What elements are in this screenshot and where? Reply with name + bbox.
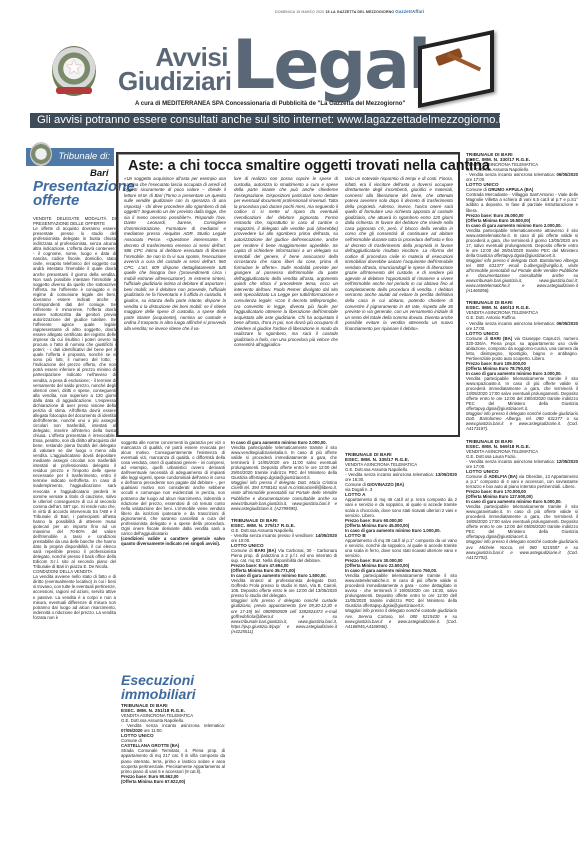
conditions-note: (condizioni valide a carattere generale … bbox=[121, 536, 225, 546]
masthead-subtitle: A cura di MEDITERRANEA SPA Concessionari… bbox=[135, 101, 405, 107]
presentation-offers-column: VENDITE DELEGATE MODALITÀ DI PRESENTAZIO… bbox=[33, 216, 116, 836]
listing-date: 12/05/2020 bbox=[556, 459, 578, 464]
listing-details: Vendita partecipabile telematicamente tr… bbox=[231, 445, 337, 480]
listing-min-offer: (Offerta Minima Euro 67.922,00) bbox=[121, 779, 225, 784]
conditions-body: La vendita avviene nello stato di fatto … bbox=[33, 574, 116, 619]
tribunal-emblem-icon bbox=[30, 142, 52, 166]
listing-contact: Maggiori info presso il delegato nonché … bbox=[345, 608, 457, 628]
article-column-2: lore di realizzo non possa coprire le sp… bbox=[234, 176, 338, 432]
dateline: DOMENICA 15 MARZO 2020 15 LA GAZZETTA DE… bbox=[275, 9, 424, 14]
monitor-gavel-icon bbox=[410, 30, 500, 110]
listings-column-3: In caso di gara aumento minimo Euro 2.00… bbox=[231, 440, 337, 840]
masthead-avvisi-giudiziari: Avvisi Giudiziari bbox=[118, 45, 228, 93]
listing-description: Strada Comunale Termitato, 4. Piena prop… bbox=[121, 748, 225, 773]
page-number: 15 bbox=[325, 10, 329, 14]
listing-contact: Maggiori info presso il delegato nonché … bbox=[231, 598, 337, 633]
listing-date: 14/05/2020 bbox=[315, 533, 337, 538]
listing-details: Vendita innanzi al professionista delega… bbox=[231, 578, 337, 598]
listing-lot-a-min-raise: In caso di gara aumento minimo Euro 1.00… bbox=[345, 528, 457, 533]
listings-column-4: TRIBUNALE DI BARI ESEC. IMM. N. 335/17 R… bbox=[345, 452, 457, 840]
listing-contact: Maggiori info presso il delegato nonché … bbox=[466, 411, 578, 431]
tribunal-label: Tribunale di: bbox=[58, 151, 110, 162]
listing-251-18: TRIBUNALE DI BARI ESEC. IMM. N. 251/18 R… bbox=[121, 703, 225, 840]
listing-details: Vendita partecipabile telematicamente tr… bbox=[466, 504, 578, 539]
listing-contact: Maggiori info presso il delegato Dott. M… bbox=[231, 480, 337, 510]
listing-time: ore 17:00. bbox=[466, 326, 485, 331]
conditions-continued-text: soggetta alle norme concernenti la garan… bbox=[121, 440, 225, 536]
offers-heading: VENDITE DELEGATE MODALITÀ DI PRESENTAZIO… bbox=[33, 216, 116, 226]
section-title-esecuzioni-immobiliari: Esecuzioni immobiliari bbox=[121, 673, 231, 701]
listing-date: 06/05/2020 bbox=[556, 172, 578, 177]
listing-date: 06/05/2020 bbox=[556, 321, 578, 326]
offers-body: Le offerte di acquisto dovranno essere p… bbox=[33, 226, 116, 569]
listing-min-raise: In caso di gara aumento minimo Euro 2.00… bbox=[466, 223, 578, 228]
newspaper-page: DOMENICA 15 MARZO 2020 15 LA GAZZETTA DE… bbox=[0, 0, 580, 841]
listings-column-5: TRIBUNALE DI BARI ESEC. IMM. N. 330/17 R… bbox=[466, 152, 578, 840]
listing-details: Vendita partecipabile telematicamente tr… bbox=[345, 573, 457, 608]
listing-location: GIOVINAZZO (BA) bbox=[367, 482, 404, 487]
masthead-line-2: Giudiziari bbox=[118, 69, 228, 93]
listing-lot-b-description: Appartamento di mq 38 cat.ll al p.1° com… bbox=[345, 538, 457, 558]
listing-contact: Maggiori info presso il delegato nonché … bbox=[466, 539, 578, 559]
listing-details: Vendita partecipabile telematicamente at… bbox=[466, 228, 578, 258]
website-banner: Gli avvisi potranno essere consultati an… bbox=[30, 113, 500, 128]
article-column-3: tario un notevole risparmio di tempi e d… bbox=[345, 176, 453, 432]
sale-conditions-continued: soggetta alle norme concernenti la garan… bbox=[121, 440, 225, 672]
listing-date: 13/05/2020 bbox=[435, 472, 457, 477]
article-column-1: «Un soggetto acquisisce all'asta per ese… bbox=[124, 176, 226, 432]
listing-lot-a-description: Appartamento di mq 46 cat.ll al p. terra… bbox=[345, 497, 457, 517]
article-title: Aste: a chi tocca smaltire oggetti trova… bbox=[128, 158, 490, 174]
newspaper-name: LA GAZZETTA DEL MEZZOGIORNO bbox=[331, 10, 394, 14]
gazzettaffari-logo: GazzettAffari bbox=[395, 9, 424, 14]
listing-contact: Maggiori info presso il delegato Dott. B… bbox=[466, 258, 578, 293]
listing-description: Contrada Mercadante - Villaggio Sant'Ant… bbox=[466, 192, 578, 212]
italian-republic-emblem-icon: ★ bbox=[52, 46, 96, 96]
issue-date: DOMENICA 15 MARZO 2020 bbox=[275, 10, 324, 14]
listing-details: Vendita partecipabile telematicamente tr… bbox=[466, 376, 578, 411]
section-title-presentazione-offerte: Presentazione offerte bbox=[33, 180, 117, 207]
